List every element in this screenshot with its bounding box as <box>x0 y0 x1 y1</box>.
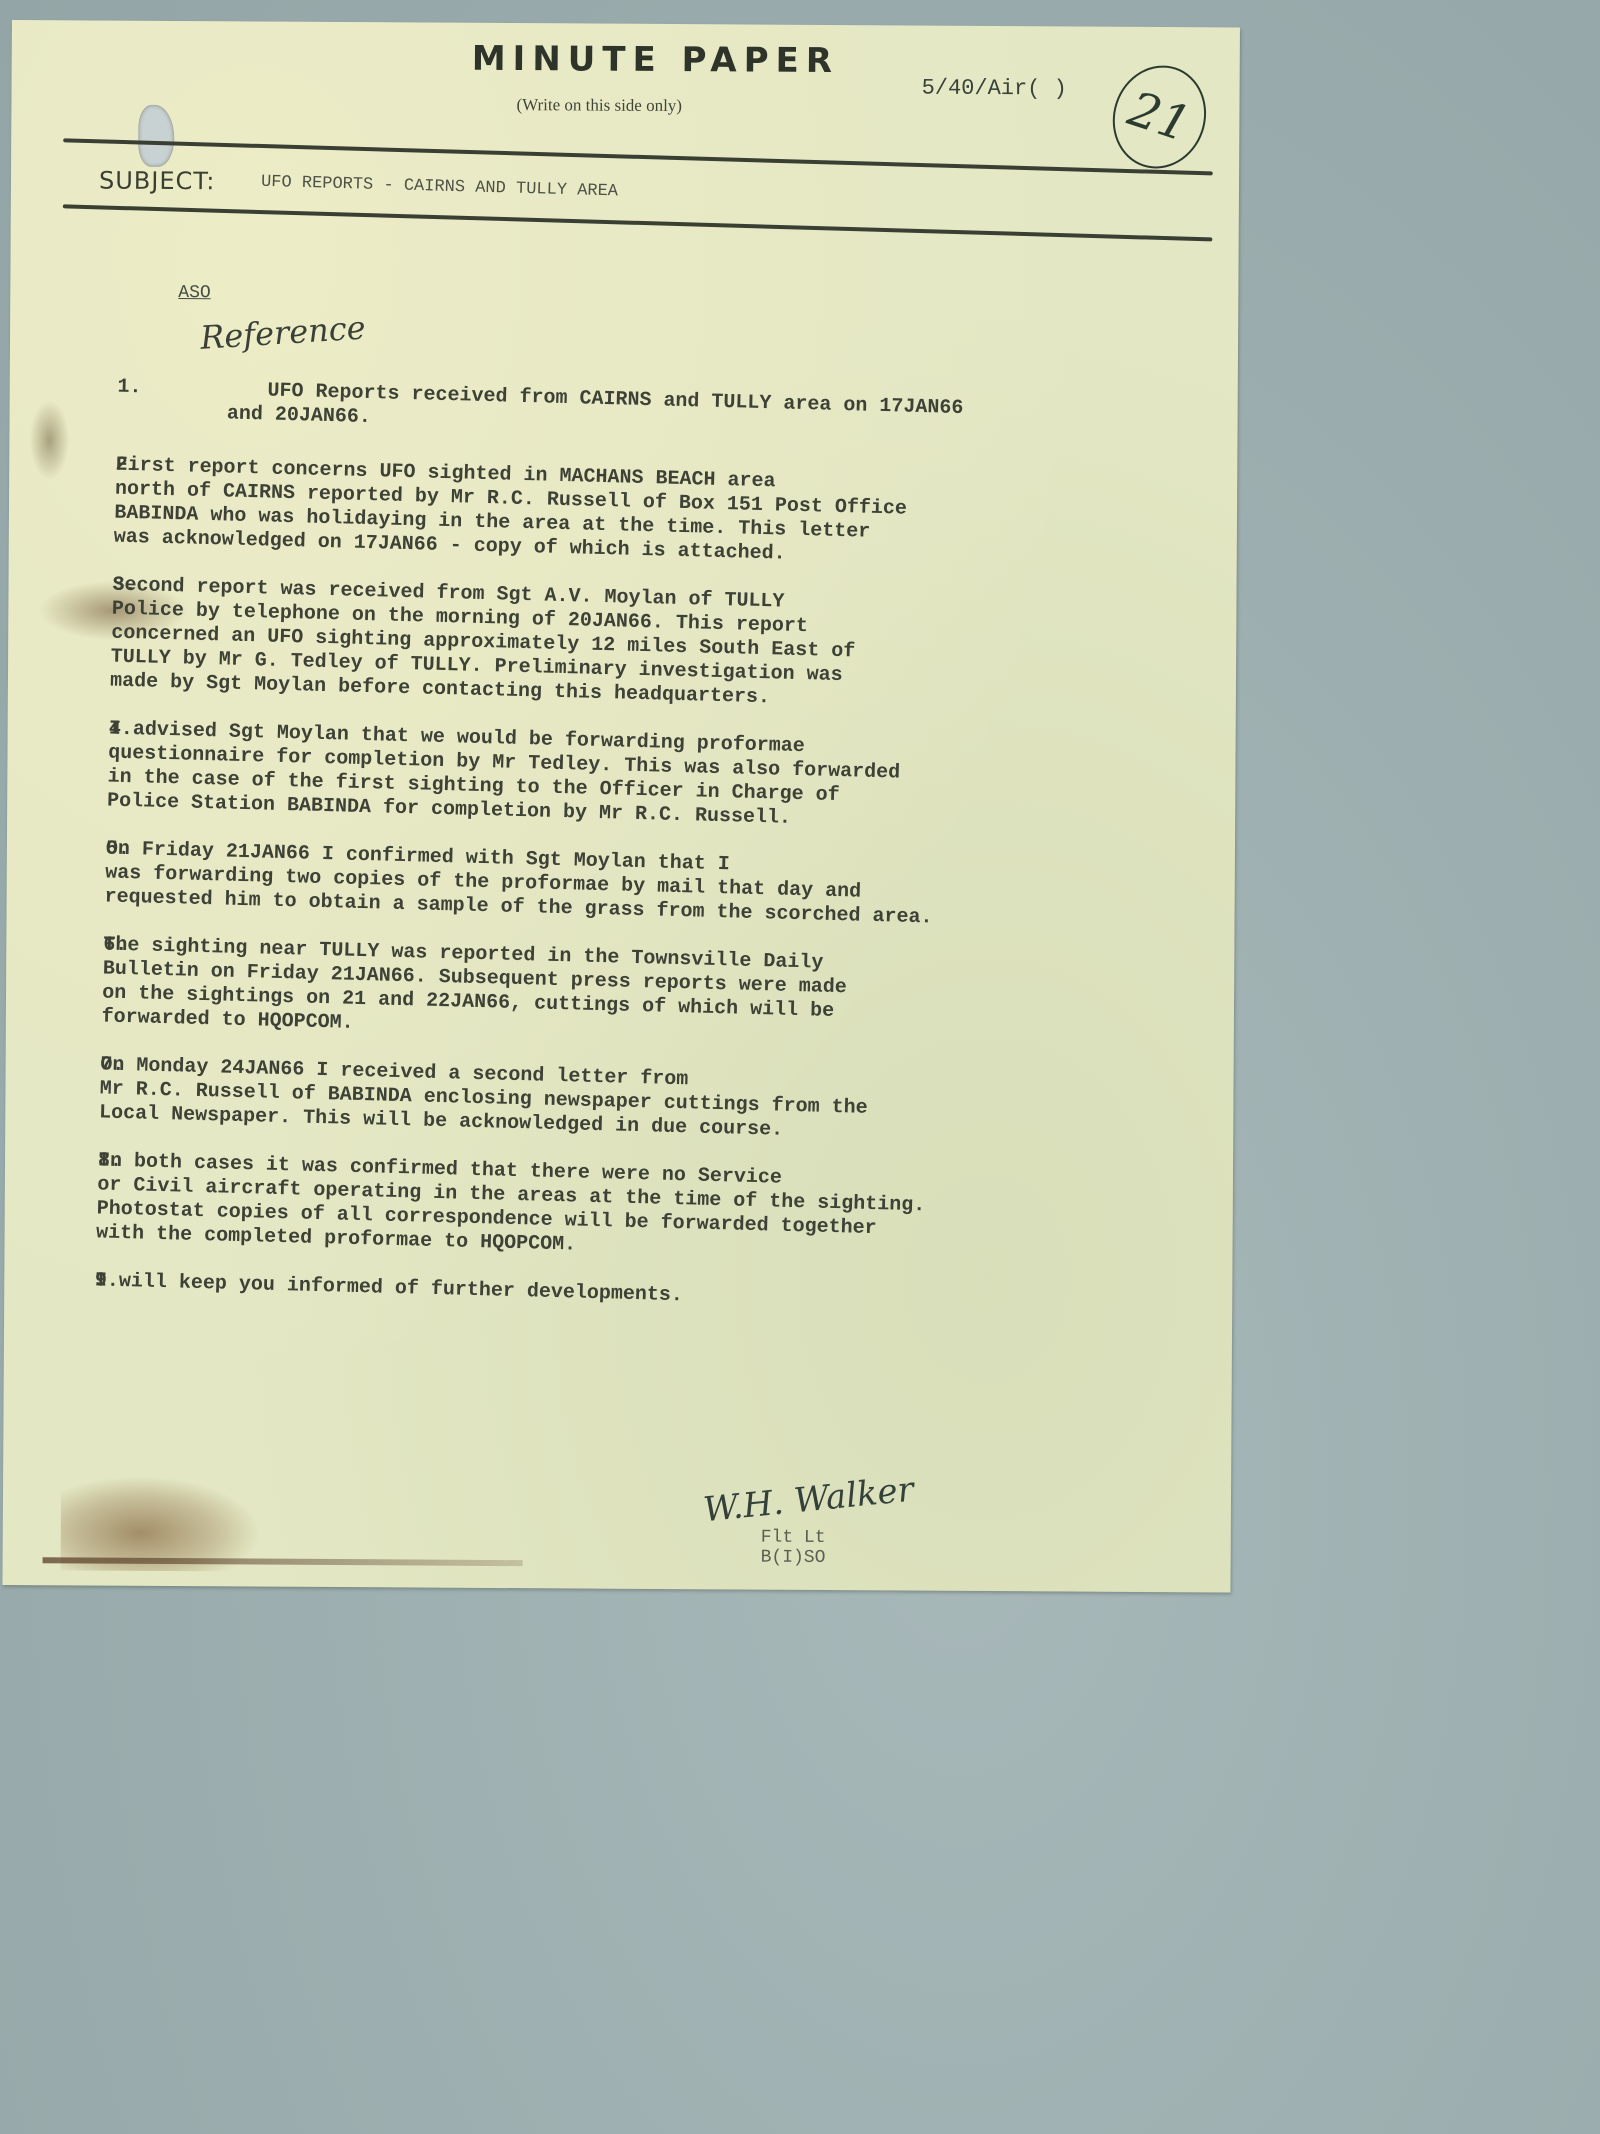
addressee: ASO <box>178 283 211 303</box>
paragraph-6: 6. The sighting near TULLY was reported … <box>101 933 1163 1056</box>
file-reference: 5/40/Air( ) <box>922 76 1067 102</box>
handwritten-annotation: Reference <box>199 308 367 356</box>
paragraph-4: 4. I advised Sgt Moylan that we would be… <box>107 718 1169 841</box>
paragraph-number: 4. <box>109 718 134 743</box>
memo-body: 1. UFO Reports received from CAIRNS and … <box>94 376 1177 1345</box>
subject-text: UFO REPORTS - CAIRNS AND TULLY AREA <box>261 173 618 202</box>
paragraph-3: 3. Second report was received from Sgt A… <box>110 574 1173 721</box>
paragraph-number: 6. <box>103 933 128 958</box>
paragraph-text: The sighting near TULLY was reported in … <box>101 933 1163 1056</box>
paragraph-text: I will keep you informed of further deve… <box>95 1269 1155 1320</box>
signature: W.H. Walker <box>702 1470 916 1531</box>
paragraph-number: 2. <box>115 454 140 479</box>
paragraph-1: 1. UFO Reports received from CAIRNS and … <box>117 376 1178 451</box>
paragraph-number: 5. <box>106 838 131 863</box>
paragraph-number: 9. <box>95 1269 120 1294</box>
paragraph-5: 5. On Friday 21JAN66 I confirmed with Sg… <box>104 838 1165 937</box>
subject-rule <box>63 204 1213 241</box>
form-instruction: (Write on this side only) <box>516 95 682 116</box>
subject-label: SUBJECT: <box>99 167 216 196</box>
paragraph-number: 8. <box>98 1149 123 1174</box>
minute-paper-sheet: MINUTE PAPER (Write on this side only) 5… <box>2 20 1240 1592</box>
form-title: MINUTE PAPER <box>472 39 852 81</box>
paragraph-number: 3. <box>112 574 137 599</box>
paragraph-7: 7. On Monday 24JAN66 I received a second… <box>99 1053 1160 1152</box>
paragraph-text: On Friday 21JAN66 I confirmed with Sgt M… <box>104 838 1165 937</box>
paragraph-text: First report concerns UFO sighted in MAC… <box>113 454 1175 577</box>
folio-number: 21 <box>1122 81 1198 153</box>
paragraph-number: 1. <box>117 376 142 401</box>
paragraph-text: On Monday 24JAN66 I received a second le… <box>99 1053 1160 1152</box>
paragraph-text: Second report was received from Sgt A.V.… <box>110 574 1173 721</box>
punch-hole <box>138 105 174 167</box>
paragraph-text: In both cases it was confirmed that ther… <box>96 1149 1158 1272</box>
paragraph-2: 2. First report concerns UFO sighted in … <box>113 454 1175 577</box>
stain-mark <box>29 400 69 480</box>
paragraph-text: UFO Reports received from CAIRNS and TUL… <box>117 376 1178 451</box>
header-rule <box>63 138 1213 175</box>
paragraph-number: 7. <box>100 1053 125 1078</box>
paragraph-8: 8. In both cases it was confirmed that t… <box>96 1149 1158 1272</box>
folio-number-circle: 21 <box>1099 53 1219 181</box>
paragraph-text: I advised Sgt Moylan that we would be fo… <box>107 718 1169 841</box>
signatory-block: Flt Lt B(I)SO <box>761 1528 826 1568</box>
paragraph-9: 9. I will keep you informed of further d… <box>95 1269 1155 1320</box>
